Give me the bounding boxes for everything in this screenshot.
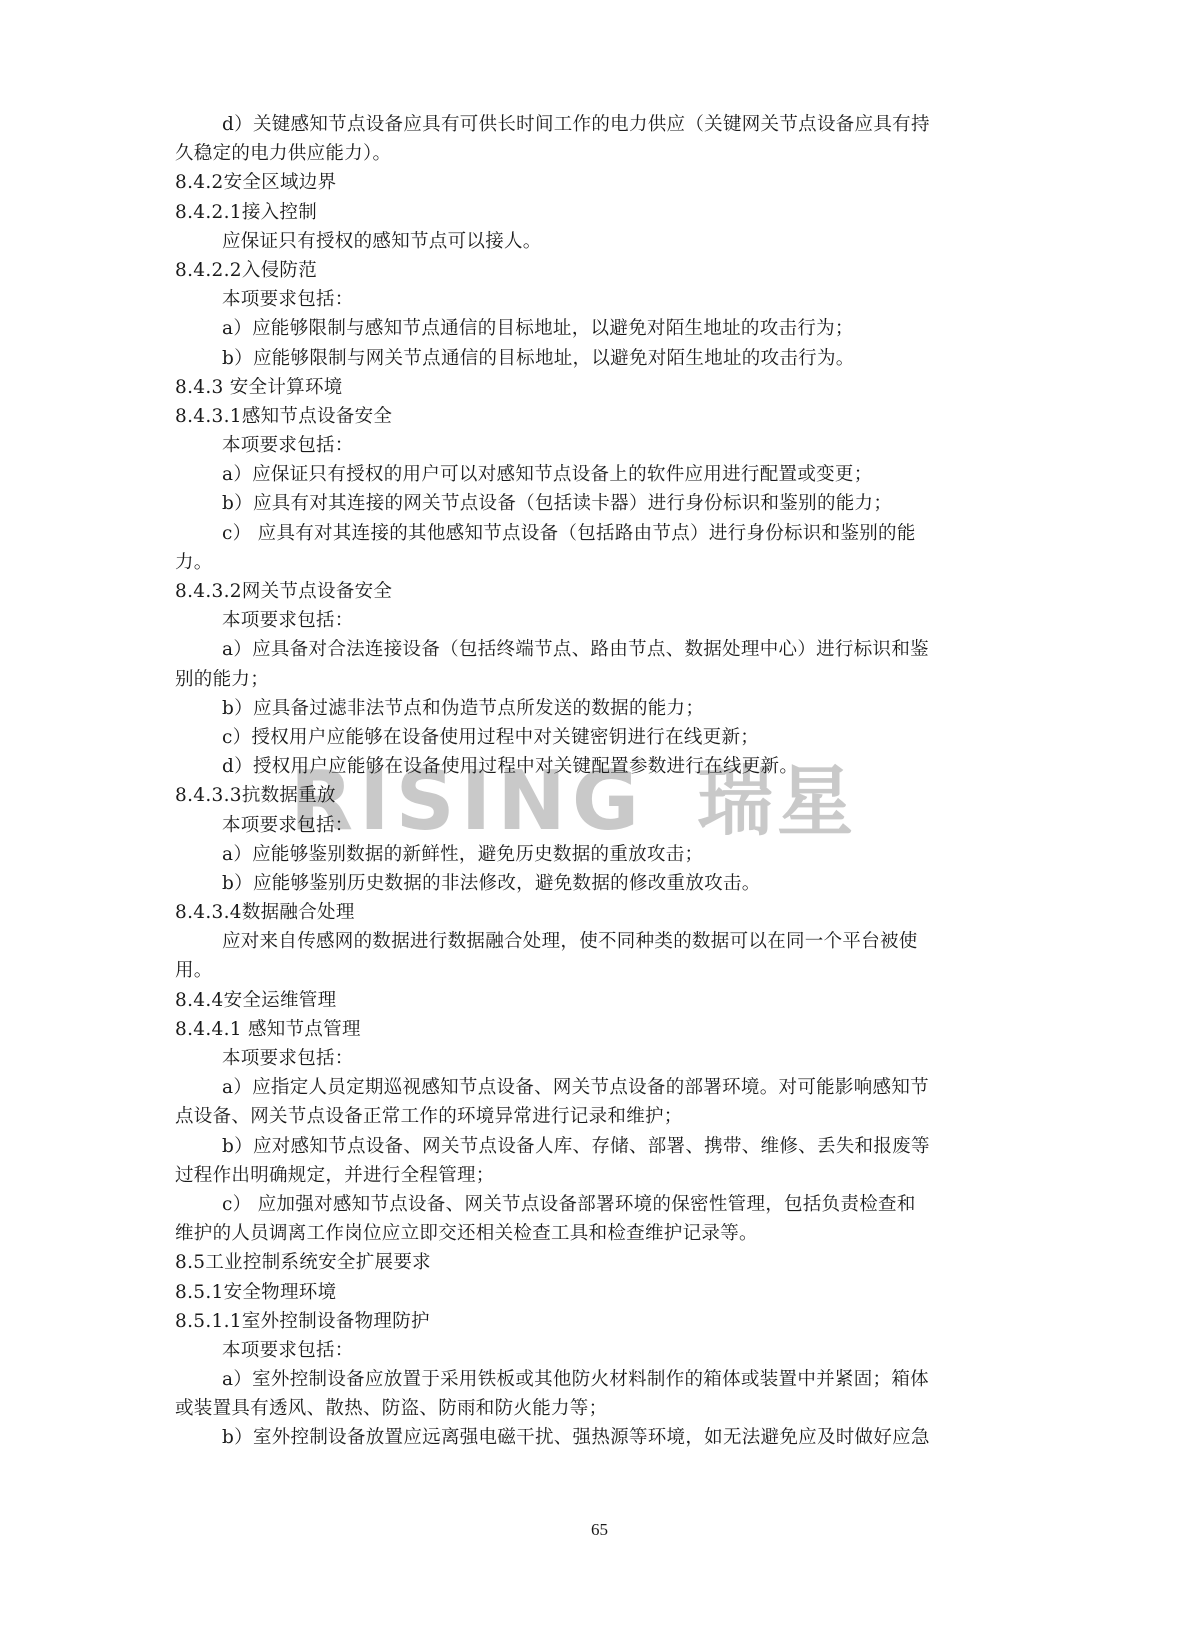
paragraph-line: c） 应加强对感知节点设备、网关节点设备部署环境的保密性管理，包括负责检查和	[175, 1190, 1015, 1219]
paragraph-line: b）室外控制设备放置应远离强电磁干扰、强热源等环境，如无法避免应及时做好应急	[175, 1423, 1015, 1452]
paragraph-line: c）授权用户应能够在设备使用过程中对关键密钥进行在线更新；	[175, 723, 1015, 752]
paragraph-line: a）应具备对合法连接设备（包括终端节点、路由节点、数据处理中心）进行标识和鉴	[175, 635, 1015, 664]
section-heading: 8.4.2.2入侵防范	[175, 256, 1015, 285]
section-heading: 8.4.3.4数据融合处理	[175, 898, 1015, 927]
paragraph-line: 本项要求包括：	[175, 1336, 1015, 1365]
paragraph-line: 本项要求包括：	[175, 431, 1015, 460]
section-heading: 8.4.3 安全计算环境	[175, 373, 1015, 402]
paragraph-line: b）应能够鉴别历史数据的非法修改，避免数据的修改重放攻击。	[175, 869, 1015, 898]
paragraph-line: d）关键感知节点设备应具有可供长时间工作的电力供应（关键网关节点设备应具有持	[175, 110, 1015, 139]
section-heading: 8.5.1.1室外控制设备物理防护	[175, 1307, 1015, 1336]
paragraph-line: 本项要求包括：	[175, 606, 1015, 635]
paragraph-line: 本项要求包括：	[175, 811, 1015, 840]
section-heading: 8.4.2安全区域边界	[175, 168, 1015, 197]
section-heading: 8.5工业控制系统安全扩展要求	[175, 1248, 1015, 1277]
paragraph-line: 力。	[175, 548, 1015, 577]
paragraph-line: c） 应具有对其连接的其他感知节点设备（包括路由节点）进行身份标识和鉴别的能	[175, 519, 1015, 548]
paragraph-line: b）应具有对其连接的网关节点设备（包括读卡器）进行身份标识和鉴别的能力；	[175, 489, 1015, 518]
paragraph-line: 或装置具有透风、散热、防盗、防雨和防火能力等；	[175, 1394, 1015, 1423]
paragraph-line: b）应能够限制与网关节点通信的目标地址，以避免对陌生地址的攻击行为。	[175, 344, 1015, 373]
section-heading: 8.4.2.1接入控制	[175, 198, 1015, 227]
paragraph-line: b）应对感知节点设备、网关节点设备人库、存储、部署、携带、维修、丢失和报废等	[175, 1132, 1015, 1161]
paragraph-line: 久稳定的电力供应能力）。	[175, 139, 1015, 168]
section-heading: 8.4.3.2网关节点设备安全	[175, 577, 1015, 606]
section-heading: 8.4.4安全运维管理	[175, 986, 1015, 1015]
paragraph-line: a）应能够鉴别数据的新鲜性，避免历史数据的重放攻击；	[175, 840, 1015, 869]
paragraph-line: b）应具备过滤非法节点和伪造节点所发送的数据的能力；	[175, 694, 1015, 723]
section-heading: 8.5.1安全物理环境	[175, 1278, 1015, 1307]
paragraph-line: 点设备、网关节点设备正常工作的环境异常进行记录和维护；	[175, 1102, 1015, 1131]
page-number: 65	[0, 1520, 1199, 1540]
paragraph-line: a）应保证只有授权的用户可以对感知节点设备上的软件应用进行配置或变更；	[175, 460, 1015, 489]
paragraph-line: a）应指定人员定期巡视感知节点设备、网关节点设备的部署环境。对可能影响感知节	[175, 1073, 1015, 1102]
section-heading: 8.4.4.1 感知节点管理	[175, 1015, 1015, 1044]
paragraph-line: 维护的人员调离工作岗位应立即交还相关检查工具和检查维护记录等。	[175, 1219, 1015, 1248]
paragraph-line: 应保证只有授权的感知节点可以接人。	[175, 227, 1015, 256]
paragraph-line: d）授权用户应能够在设备使用过程中对关键配置参数进行在线更新。	[175, 752, 1015, 781]
paragraph-line: 用。	[175, 956, 1015, 985]
paragraph-line: 别的能力；	[175, 665, 1015, 694]
section-heading: 8.4.3.1感知节点设备安全	[175, 402, 1015, 431]
document-page: RISING 瑞星 d）关键感知节点设备应具有可供长时间工作的电力供应（关键网关…	[0, 0, 1199, 1627]
section-heading: 8.4.3.3抗数据重放	[175, 781, 1015, 810]
document-body: d）关键感知节点设备应具有可供长时间工作的电力供应（关键网关节点设备应具有持久稳…	[175, 110, 1015, 1453]
paragraph-line: 本项要求包括：	[175, 1044, 1015, 1073]
paragraph-line: a）应能够限制与感知节点通信的目标地址，以避免对陌生地址的攻击行为；	[175, 314, 1015, 343]
paragraph-line: 应对来自传感网的数据进行数据融合处理，使不同种类的数据可以在同一个平台被使	[175, 927, 1015, 956]
paragraph-line: 过程作出明确规定，并进行全程管理；	[175, 1161, 1015, 1190]
paragraph-line: 本项要求包括：	[175, 285, 1015, 314]
paragraph-line: a）室外控制设备应放置于采用铁板或其他防火材料制作的箱体或装置中并紧固；箱体	[175, 1365, 1015, 1394]
